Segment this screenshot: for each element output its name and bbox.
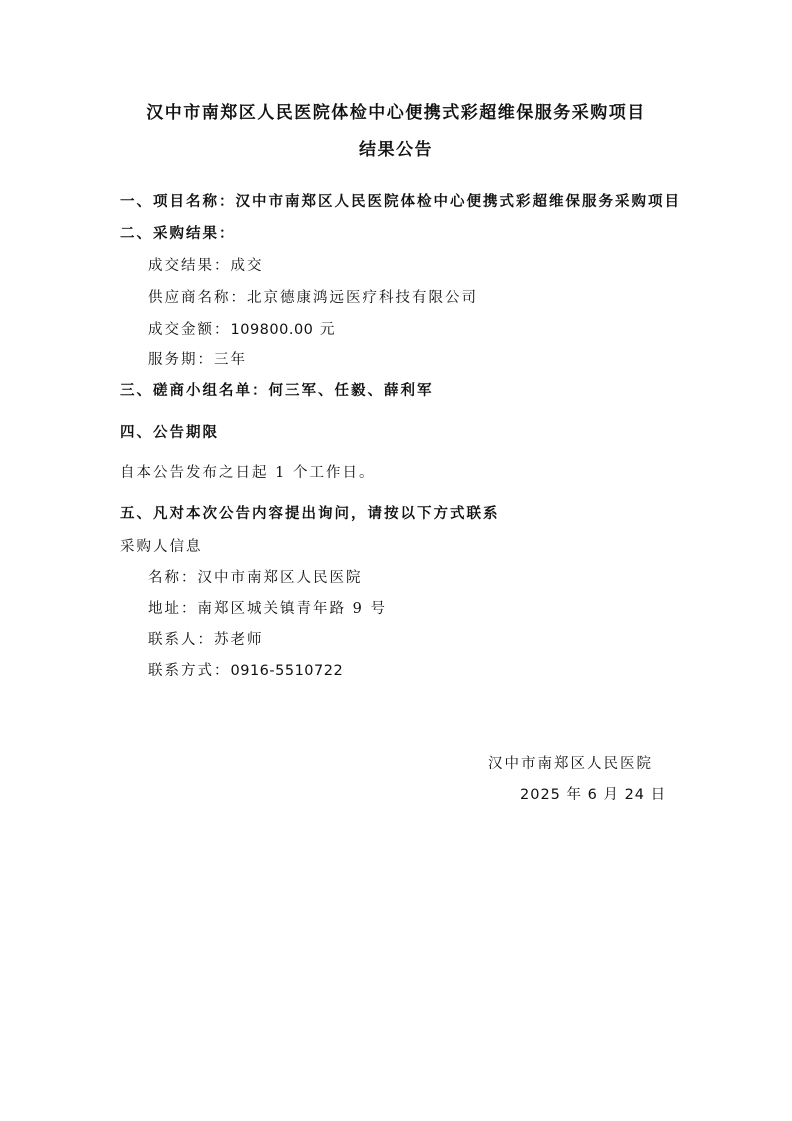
document-subtitle: 结果公告 (0, 135, 792, 160)
deal-amount: 成交金额：109800.00 元 (148, 318, 337, 339)
section-procurement-result-heading: 二、采购结果： (120, 222, 236, 243)
purchaser-info-label: 采购人信息 (120, 535, 203, 556)
contact-phone-value: 0916-5510722 (231, 663, 344, 679)
deal-amount-label: 成交金额： (148, 322, 231, 338)
service-period: 服务期：三年 (148, 348, 247, 369)
purchaser-name: 名称：汉中市南郑区人民医院 (148, 566, 363, 587)
section-contact-heading: 五、凡对本次公告内容提出询问，请按以下方式联系 (120, 502, 500, 523)
contact-phone: 联系方式：0916-5510722 (148, 659, 343, 680)
deal-amount-value: 109800.00 (231, 322, 314, 338)
purchaser-address: 地址：南郑区城关镇青年路 9 号 (148, 597, 387, 618)
signature-organization: 汉中市南郑区人民医院 (488, 752, 653, 773)
signature-date: 2025 年 6 月 24 日 (520, 783, 666, 804)
section-panel-members: 三、磋商小组名单：何三军、任毅、薛利军 (120, 379, 434, 400)
section-project-name: 一、项目名称：汉中市南郑区人民医院体检中心便携式彩超维保服务采购项目 (120, 190, 681, 211)
document-page: 汉中市南郑区人民医院体检中心便携式彩超维保服务采购项目 结果公告 一、项目名称：… (0, 0, 792, 1121)
deal-amount-unit: 元 (313, 322, 336, 338)
section-notice-period-heading: 四、公告期限 (120, 421, 219, 442)
contact-phone-label: 联系方式： (148, 663, 231, 679)
deal-result: 成交结果：成交 (148, 254, 264, 275)
document-title: 汉中市南郑区人民医院体检中心便携式彩超维保服务采购项目 (0, 98, 792, 123)
supplier-name: 供应商名称：北京德康鸿远医疗科技有限公司 (148, 286, 478, 307)
notice-period-text: 自本公告发布之日起 1 个工作日。 (120, 461, 375, 482)
contact-person: 联系人：苏老师 (148, 628, 264, 649)
